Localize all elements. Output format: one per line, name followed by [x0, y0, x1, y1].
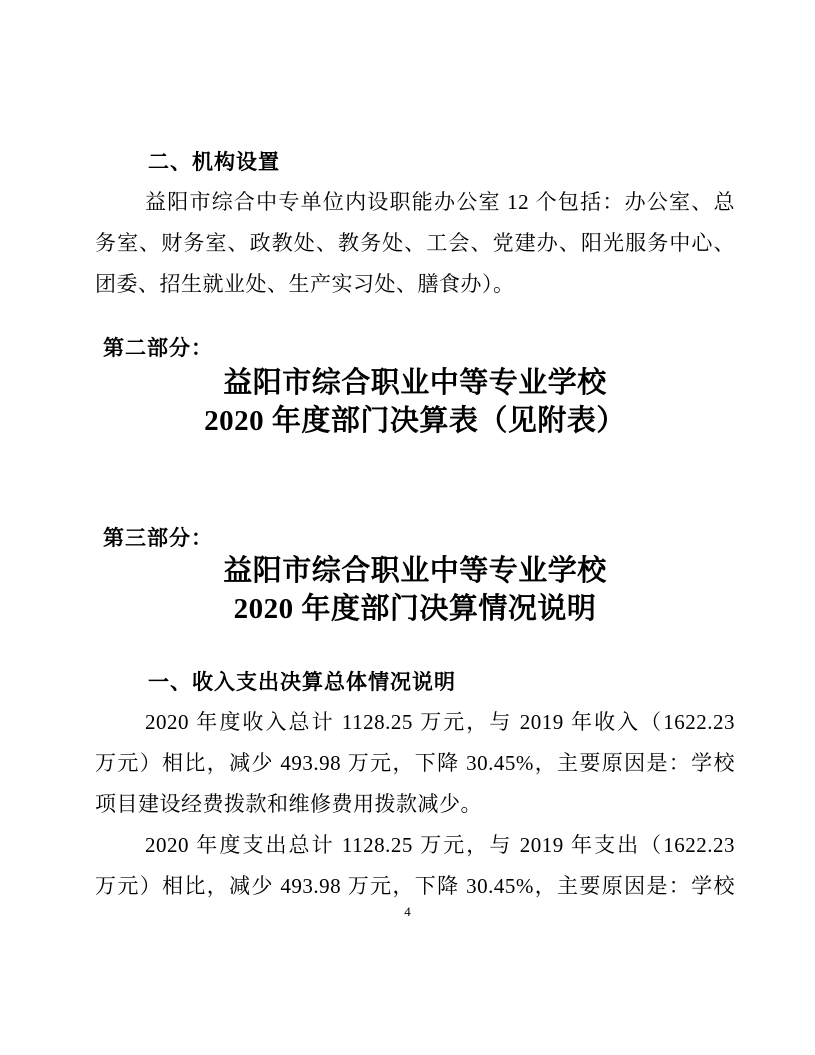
part2-title-line-2: 2020 年度部门决算表（见附表）: [95, 402, 735, 440]
income-paragraph-line-2: 万元）相比，减少 493.98 万元，下降 30.45%，主要原因是：学校: [95, 743, 735, 784]
org-paragraph: 益阳市综合中专单位内设职能办公室 12 个包括：办公室、总 务室、财务室、政教处…: [95, 182, 735, 305]
part2-title-line-1: 益阳市综合职业中等专业学校: [95, 364, 735, 402]
part2-label: 第二部分：: [103, 336, 213, 362]
document-page: 二、机构设置 益阳市综合中专单位内设职能办公室 12 个包括：办公室、总 务室、…: [0, 0, 815, 1055]
section-heading-summary: 一、收入支出决算总体情况说明: [148, 670, 456, 696]
part3-title-line-1: 益阳市综合职业中等专业学校: [95, 552, 735, 590]
part3-title-line-2: 2020 年度部门决算情况说明: [95, 590, 735, 628]
org-paragraph-line-1: 益阳市综合中专单位内设职能办公室 12 个包括：办公室、总: [95, 182, 735, 223]
summary-paragraphs: 2020 年度收入总计 1128.25 万元，与 2019 年收入（1622.2…: [95, 702, 735, 907]
expenditure-paragraph-line-1: 2020 年度支出总计 1128.25 万元，与 2019 年支出（1622.2…: [95, 825, 735, 866]
income-paragraph-line-3: 项目建设经费拨款和维修费用拨款减少。: [95, 784, 735, 825]
income-paragraph-line-1: 2020 年度收入总计 1128.25 万元，与 2019 年收入（1622.2…: [95, 702, 735, 743]
page-number: 4: [0, 903, 815, 920]
section-heading-org: 二、机构设置: [148, 150, 280, 176]
part3-title: 益阳市综合职业中等专业学校 2020 年度部门决算情况说明: [95, 552, 735, 628]
org-paragraph-line-3: 团委、招生就业处、生产实习处、膳食办）。: [95, 264, 735, 305]
org-paragraph-line-2: 务室、财务室、政教处、教务处、工会、党建办、阳光服务中心、: [95, 223, 735, 264]
part2-title: 益阳市综合职业中等专业学校 2020 年度部门决算表（见附表）: [95, 364, 735, 440]
expenditure-paragraph-line-2: 万元）相比，减少 493.98 万元，下降 30.45%，主要原因是：学校: [95, 866, 735, 907]
part3-label: 第三部分：: [103, 526, 213, 552]
